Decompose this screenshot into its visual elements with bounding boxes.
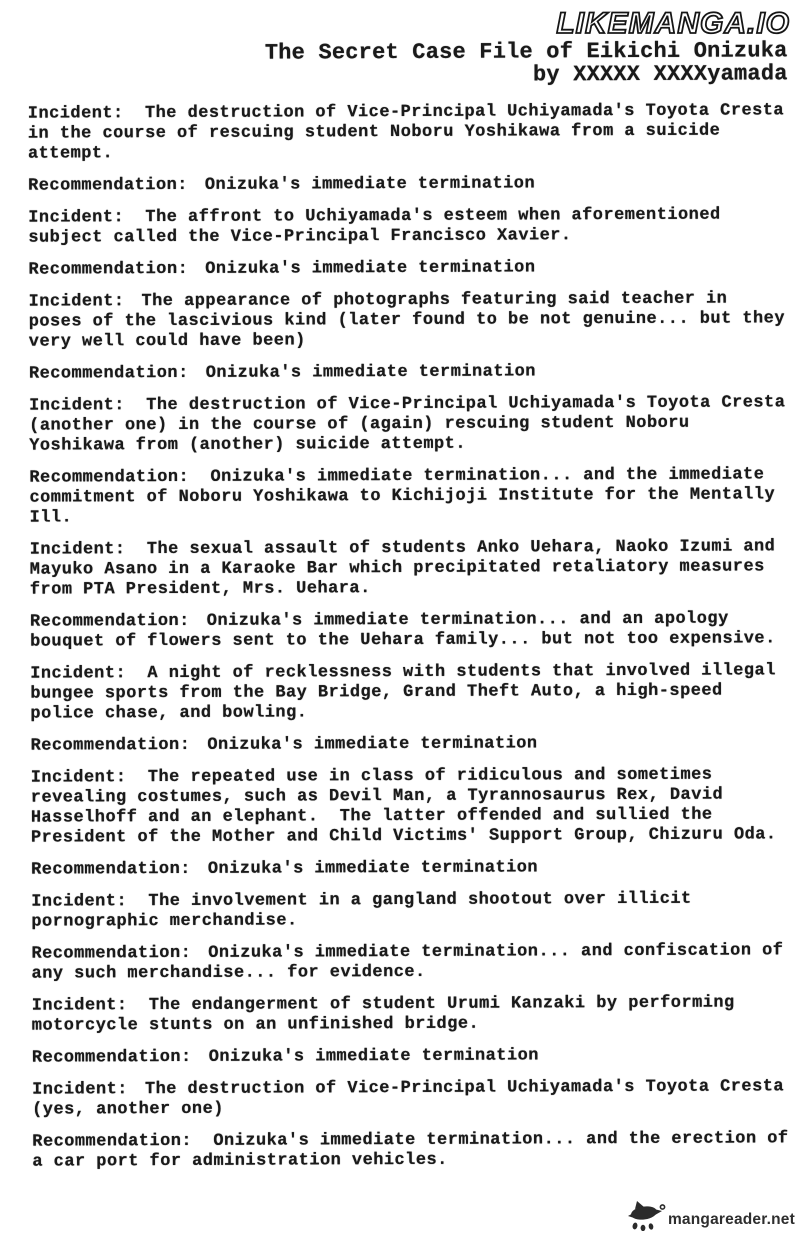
case-entry-recommendation: Recommendation:Onizuka's immediate termi… [28, 257, 788, 280]
document-body: Incident:The destruction of Vice-Princip… [28, 101, 793, 1184]
document-title-line2: by XXXXX XXXXyamada [265, 62, 788, 87]
case-entry-recommendation: Recommendation:Onizuka's immediate termi… [32, 1045, 792, 1068]
entry-label: Incident: [31, 892, 127, 911]
entry-body: The sexual assault of students Anko Ueha… [30, 537, 786, 599]
entry-body: The endangerment of student Urumi Kanzak… [32, 993, 746, 1035]
case-entry-recommendation: Recommendation:Onizuka's immediate termi… [29, 465, 789, 528]
entry-label: Recommendation: [32, 1132, 192, 1152]
entry-label: Incident: [31, 768, 127, 787]
case-entry-incident: Incident:The destruction of Vice-Princip… [28, 101, 788, 164]
case-entry-incident: Incident:The repeated use in class of ri… [31, 765, 791, 848]
entry-label: Recommendation: [28, 176, 188, 196]
case-entry-incident: Incident:A night of recklessness with st… [30, 661, 790, 724]
entry-label: Incident: [32, 1080, 128, 1099]
entry-body: Onizuka's immediate termination [206, 362, 536, 382]
case-file-document: The Secret Case File of Eikichi Onizuka … [0, 0, 800, 1238]
document-title: The Secret Case File of Eikichi Onizuka … [265, 39, 788, 87]
entry-body: Onizuka's immediate termination [208, 858, 538, 878]
entry-label: Incident: [28, 208, 124, 227]
entry-body: The repeated use in class of ridiculous … [31, 766, 777, 848]
entry-label: Recommendation: [28, 260, 188, 280]
case-entry-recommendation: Recommendation:Onizuka's immediate termi… [28, 173, 788, 196]
case-entry-incident: Incident:The involvement in a gangland s… [31, 889, 791, 932]
case-entry-recommendation: Recommendation:Onizuka's immediate termi… [31, 941, 791, 984]
case-entry-incident: Incident:The destruction of Vice-Princip… [29, 393, 789, 456]
entry-body: The destruction of Vice-Principal Uchiya… [28, 101, 795, 163]
entry-body: The destruction of Vice-Principal Uchiya… [32, 1077, 795, 1119]
entry-body: The appearance of photographs featuring … [29, 290, 796, 352]
entry-label: Incident: [29, 396, 125, 415]
entry-body: A night of recklessness with students th… [30, 661, 786, 723]
case-entry-recommendation: Recommendation:Onizuka's immediate termi… [30, 609, 790, 652]
entry-body: The affront to Uchiyamada's esteem when … [28, 206, 731, 248]
case-entry-incident: Incident:The endangerment of student Uru… [32, 993, 792, 1036]
case-entry-incident: Incident:The destruction of Vice-Princip… [32, 1077, 792, 1120]
entry-label: Recommendation: [30, 612, 190, 632]
mangareader-logo-icon [628, 1201, 666, 1231]
entry-body: The destruction of Vice-Principal Uchiya… [29, 393, 796, 455]
entry-body: Onizuka's immediate termination [205, 174, 535, 194]
entry-label: Recommendation: [29, 468, 189, 488]
entry-label: Incident: [32, 996, 128, 1015]
entry-body: Onizuka's immediate termination [209, 1046, 539, 1066]
entry-body: The involvement in a gangland shootout o… [31, 890, 702, 932]
case-entry-recommendation: Recommendation:Onizuka's immediate termi… [32, 1129, 792, 1172]
entry-label: Recommendation: [29, 364, 189, 384]
manga-page-image[interactable]: LIKEMANGA.IO The Secret Case File of Eik… [0, 0, 800, 1238]
entry-label: Recommendation: [31, 736, 191, 756]
scan-watermark-text: mangareader.net [668, 1211, 795, 1231]
entry-label: Incident: [29, 292, 125, 311]
entry-label: Recommendation: [31, 944, 191, 964]
entry-label: Incident: [28, 104, 124, 123]
entry-label: Recommendation: [32, 1048, 192, 1068]
entry-label: Incident: [30, 664, 126, 683]
case-entry-recommendation: Recommendation:Onizuka's immediate termi… [31, 733, 791, 756]
entry-label: Incident: [30, 540, 126, 559]
case-entry-incident: Incident:The sexual assault of students … [30, 537, 790, 600]
entry-body: Onizuka's immediate termination [207, 734, 537, 754]
entry-label: Recommendation: [31, 860, 191, 880]
case-entry-incident: Incident:The affront to Uchiyamada's est… [28, 205, 788, 248]
case-entry-incident: Incident:The appearance of photographs f… [29, 289, 789, 352]
case-entry-recommendation: Recommendation:Onizuka's immediate termi… [29, 361, 789, 384]
entry-body: Onizuka's immediate termination [205, 258, 535, 278]
case-entry-recommendation: Recommendation:Onizuka's immediate termi… [31, 857, 791, 880]
scan-watermark: mangareader.net [628, 1201, 795, 1231]
